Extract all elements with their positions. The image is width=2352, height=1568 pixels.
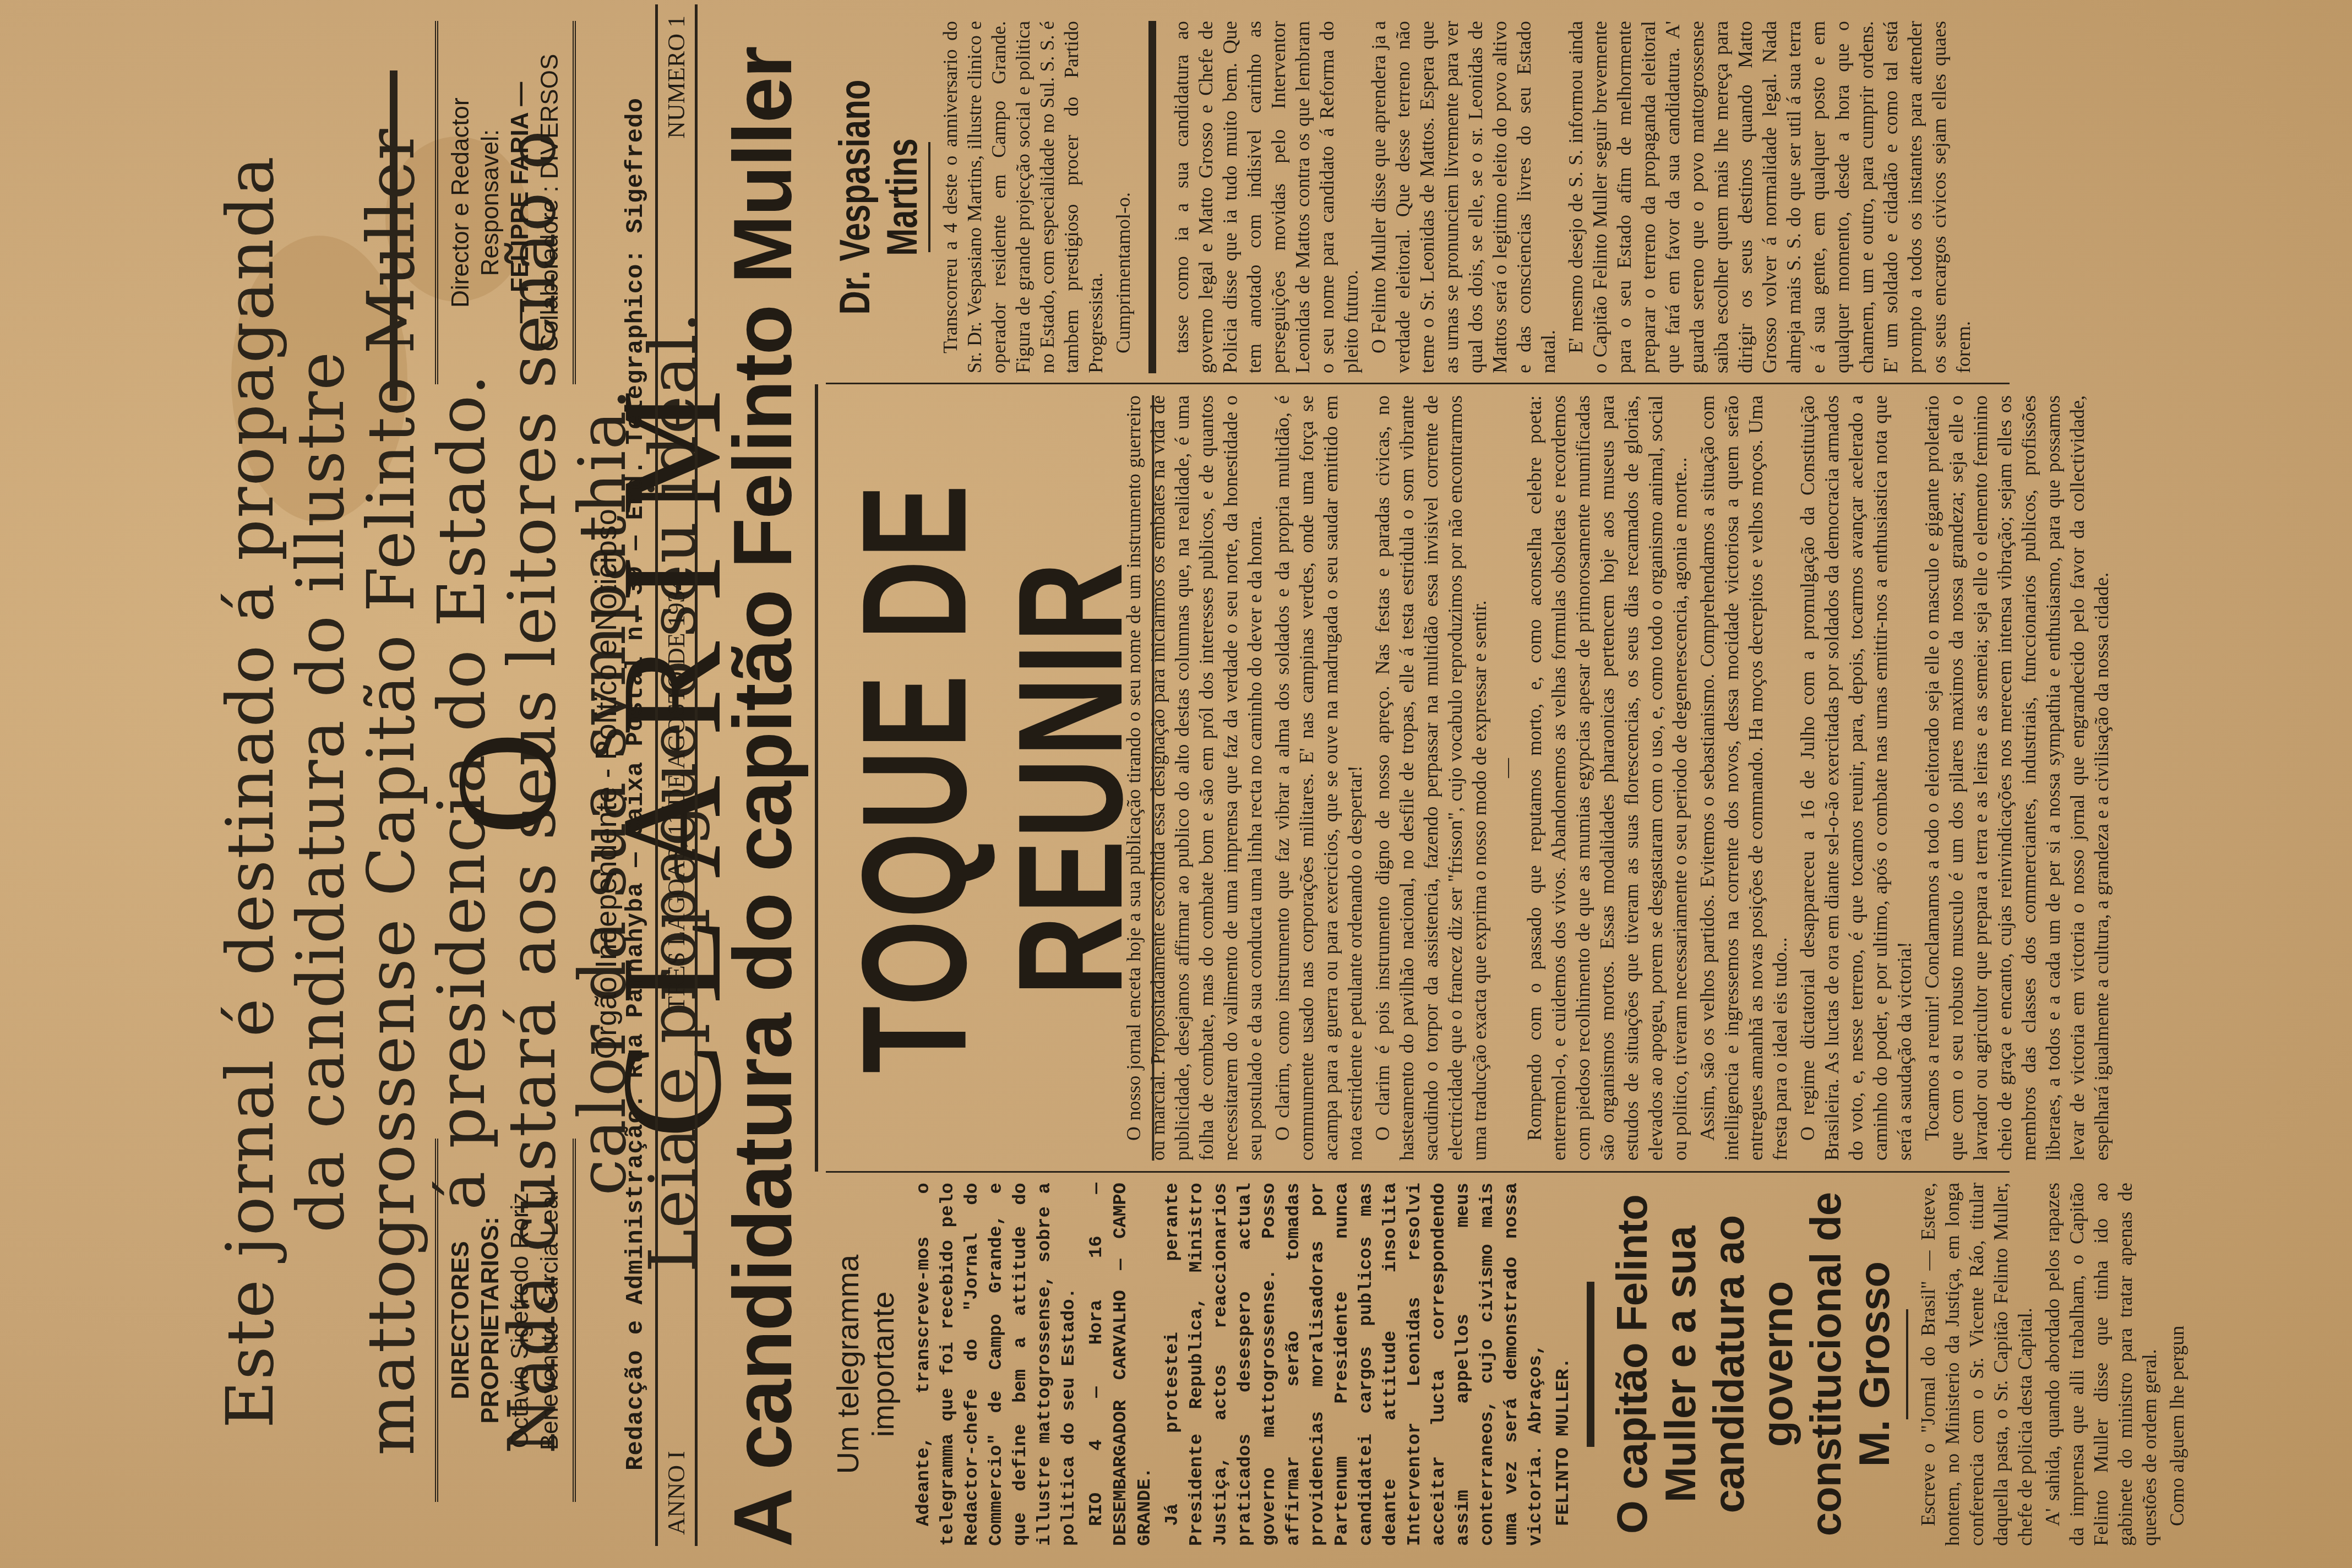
article-paragraph: Assim, são os velhos partidos. Evitemos …: [1695, 395, 1792, 1161]
editor-box: Director e Redactor Responsavel: — FELIP…: [435, 21, 576, 384]
newspaper-subtitle: Orgão Independente - Politico e Noticios…: [589, 0, 623, 1568]
owners-heading: DIRECTORES PROPRIETARIOS:: [446, 1144, 505, 1496]
article-paragraph: Já protestei perante Presidente Republic…: [1161, 1183, 1548, 1546]
editor-name: — FELIPPE FARIA —: [505, 26, 535, 379]
newspaper-address: Redacção e Administração: Rua Parnahyba …: [622, 0, 650, 1568]
dateline: ANNO I TRES LAGOAS, 11 DE AGOSTO DE 1934…: [655, 4, 698, 1546]
article-paragraph: O clarim é pois instrumento digno de nos…: [1370, 395, 1491, 1161]
article-paragraph: RIO 4 — Hora 16 — DESEMBARGADOR CARVALHO…: [1085, 1183, 1157, 1546]
section-rule: [1148, 21, 1156, 373]
birthday-title: Dr. Vespasiano Martins: [831, 21, 926, 373]
article-paragraph: Rompendo com o passado que reputamos mor…: [1522, 395, 1692, 1161]
middle-column: TOQUE DE REUNIR O nosso jornal enceta ho…: [826, 395, 2117, 1161]
article-paragraph: O Felinto Muller disse que aprendera ja …: [1366, 21, 1560, 373]
article-paragraph: O clarim, como instrumento que faz vibra…: [1270, 395, 1367, 1161]
section-rule: [1587, 1282, 1594, 1447]
place-date: TRES LAGOAS, 11 DE AGOSTO DE 1934: [662, 579, 690, 1011]
banner-line: Este jornal é destinado á propaganda da …: [215, 104, 356, 1480]
owner-name: Benevenuto Garcia Leal: [535, 1144, 565, 1496]
article-paragraph: A' sahida, quando abordado pelos rapazes…: [2040, 1183, 2162, 1546]
telegram-signature: FELINTO MULLER.: [1551, 1183, 1576, 1546]
issue-number: NUMERO 1: [662, 15, 690, 139]
editor-heading: Director e Redactor Responsavel:: [446, 26, 505, 379]
birthday-title-line: Martins: [879, 21, 926, 373]
collaborators: Collaboradore : DIVERSOS: [535, 26, 565, 379]
article-paragraph: Transcorreu a 4 deste o anniversario do …: [938, 21, 1108, 373]
second-article-title: O capitão Felinto Muller e a sua candida…: [1608, 1183, 1898, 1546]
article-paragraph: Escreve o "Jornal do Brasil" — Esteve, h…: [1916, 1183, 2037, 1546]
telegram-article: Adeante, transcreve-mos o telegramma que…: [912, 1183, 1576, 1546]
article-paragraph: Cumprimentamol-o.: [1111, 21, 1135, 373]
newspaper-page: Este jornal é destinado á propaganda da …: [0, 0, 2352, 1568]
article-paragraph: O regime dictatorial desappareceu a 16 d…: [1795, 395, 1917, 1161]
article-paragraph: Como alguem lhe pergun: [2165, 1183, 2189, 1546]
banner-rule: [390, 70, 398, 401]
birthday-title-line: Dr. Vespasiano: [831, 21, 879, 373]
column-divider: [826, 383, 2010, 384]
section-rule: [1906, 1309, 1908, 1419]
article-paragraph: Adeante, transcreve-mos o telegramma que…: [912, 1183, 1081, 1546]
right-column: Dr. Vespasiano Martins Transcorreu a 4 d…: [826, 21, 1979, 373]
year-label: ANNO I: [662, 1451, 690, 1535]
article-paragraph: tasse como ia a sua candidatura ao gover…: [1169, 21, 1363, 373]
article-paragraph: E' mesmo desejo de S. S. informou ainda …: [1564, 21, 1975, 373]
scanned-newspaper-photo: Este jornal é destinado á propaganda da …: [0, 0, 2352, 1568]
section-separator: —: [1495, 395, 1519, 1161]
main-headline: A candidatura do capitão Felinto Muller: [718, 26, 807, 1568]
left-column: Um telegramma importante Adeante, transc…: [826, 1183, 2192, 1546]
headline-rule: [815, 384, 818, 1172]
article-paragraph: Tocamos a reunir! Conclamamos a todo o e…: [1920, 395, 2114, 1161]
editorial-title: TOQUE DE REUNIR: [837, 395, 1154, 1161]
owners-box: DIRECTORES PROPRIETARIOS: Octavio Sigefr…: [435, 1139, 576, 1502]
column-divider: [826, 1171, 2010, 1173]
section-rule: [928, 142, 930, 252]
telegram-title: Um telegramma importante: [830, 1183, 901, 1546]
owner-name: Octavio Sigefredo Roriz: [505, 1144, 535, 1496]
